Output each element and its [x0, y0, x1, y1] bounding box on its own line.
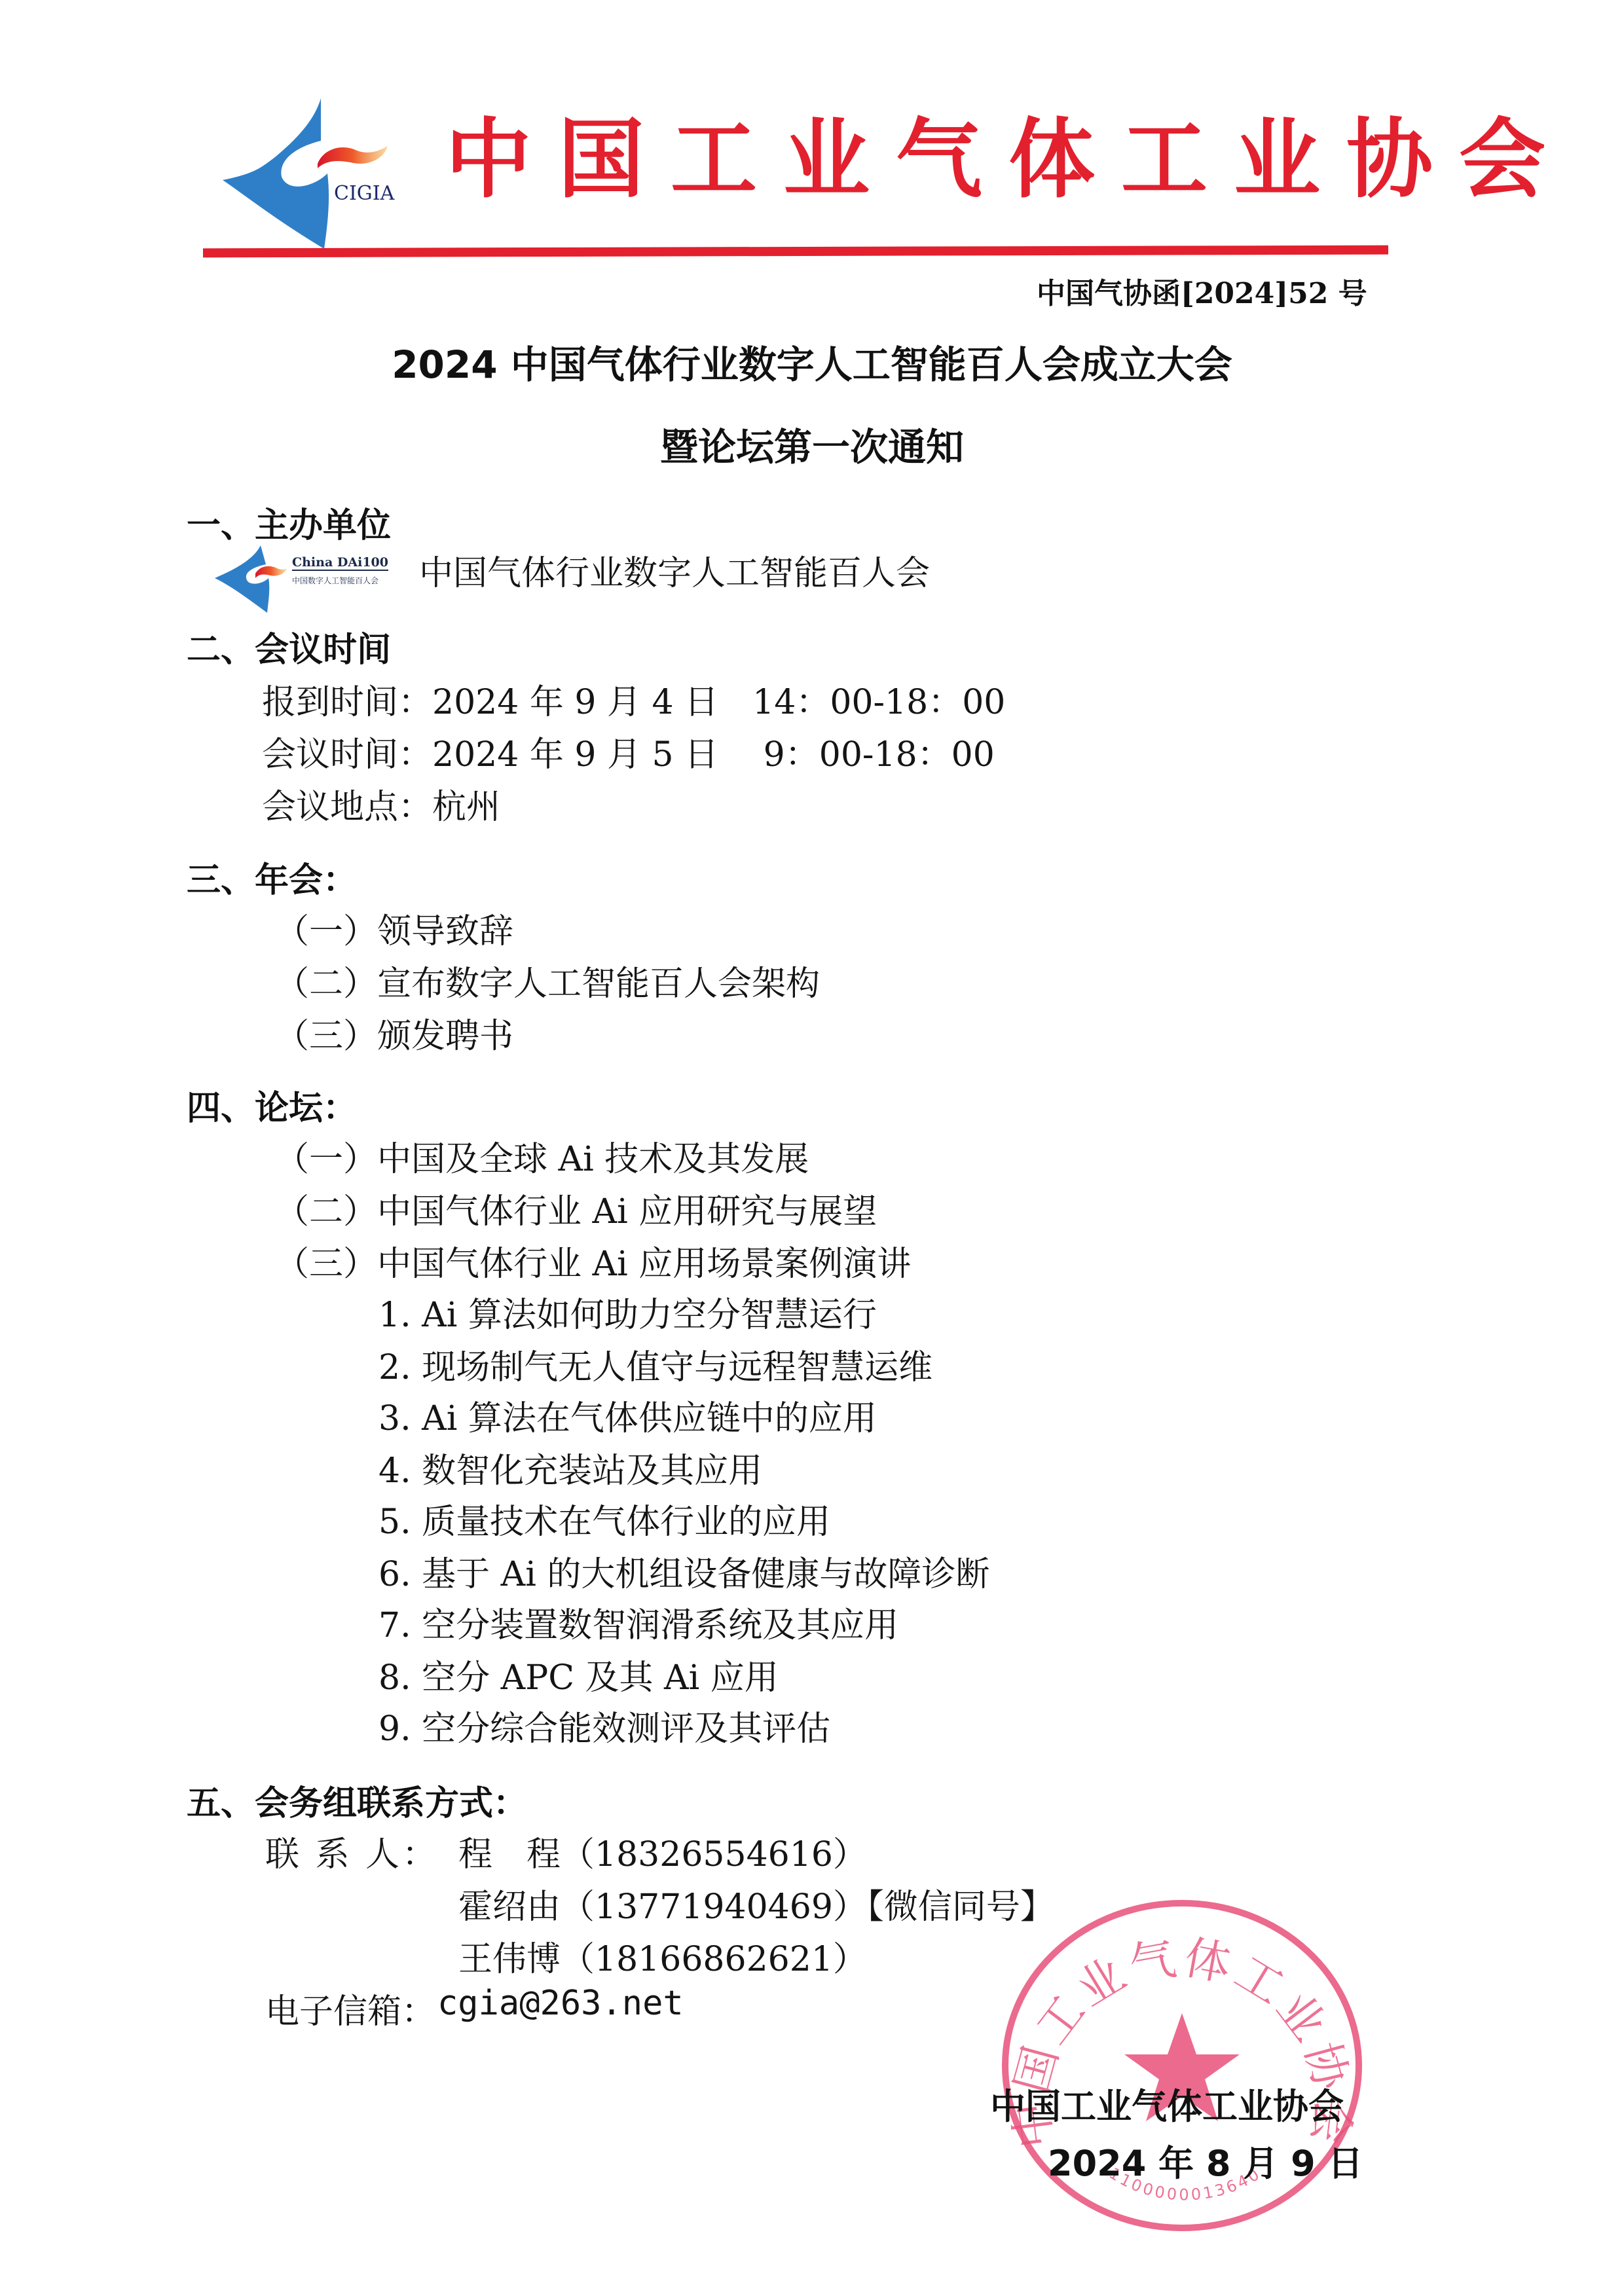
dai100-logo-icon — [208, 542, 287, 614]
case-item: 9. 空分综合能效测评及其评估 — [378, 1701, 830, 1750]
section-heading-annual: 三、年会： — [187, 852, 357, 902]
contact-person: 霍绍由（13771940469）【微信同号】 — [458, 1879, 1054, 1928]
annual-item: （二）宣布数字人工智能百人会架构 — [275, 956, 820, 1005]
section-heading-organizer: 一、主办单位 — [187, 498, 391, 547]
svg-text:CIGIA: CIGIA — [334, 182, 395, 205]
cigia-logo-icon: CIGIA — [216, 95, 399, 252]
section-heading-forum: 四、论坛： — [187, 1080, 357, 1129]
forum-item: （三）中国气体行业 Ai 应用场景案例演讲 — [275, 1236, 911, 1285]
forum-item: （二）中国气体行业 Ai 应用研究与展望 — [275, 1184, 877, 1233]
letterhead: CIGIA 中国工业气体工业协会 — [0, 0, 1624, 262]
section-heading-time: 二、会议时间 — [187, 622, 391, 671]
organizer-name: 中国气体行业数字人工智能百人会 — [419, 545, 930, 594]
case-item: 1. Ai 算法如何助力空分智慧运行 — [378, 1287, 877, 1336]
contact-person: 程 程（18326554616） — [458, 1827, 867, 1876]
dai100-logo-cn: 中国数字人工智能百人会 — [292, 575, 378, 586]
registration-time: 报到时间：2024 年 9 月 4 日 14：00-18：00 — [262, 674, 1005, 723]
contact-label: 联 系 人： — [265, 1827, 439, 1876]
annual-item: （一）领导致辞 — [275, 903, 513, 953]
annual-item: （三）颁发聘书 — [275, 1008, 513, 1057]
meeting-time: 会议时间：2024 年 9 月 5 日 9：00-18：00 — [262, 727, 995, 776]
document-title-line1: 2024 中国气体行业数字人工智能百人会成立大会 — [0, 334, 1624, 389]
signature-date: 2024 年 8 月 9 日 — [1048, 2136, 1363, 2186]
forum-item: （一）中国及全球 Ai 技术及其发展 — [275, 1131, 809, 1180]
email-label: 电子信箱： — [265, 1984, 435, 2033]
document-number: 中国气协函[2024]52 号 — [1037, 270, 1367, 312]
meeting-location: 会议地点：杭州 — [262, 779, 500, 828]
case-item: 4. 数智化充装站及其应用 — [378, 1443, 762, 1492]
org-title: 中国工业气体工业协会 — [445, 117, 1572, 203]
case-item: 3. Ai 算法在气体供应链中的应用 — [378, 1391, 877, 1440]
case-item: 7. 空分装置数智润滑系统及其应用 — [378, 1597, 898, 1647]
section-heading-contact: 五、会务组联系方式： — [187, 1776, 527, 1825]
case-item: 8. 空分 APC 及其 Ai 应用 — [378, 1650, 779, 1699]
document-title-line2: 暨论坛第一次通知 — [0, 416, 1624, 471]
contact-person: 王伟博（18166862621） — [458, 1931, 867, 1980]
case-item: 6. 基于 Ai 的大机组设备健康与故障诊断 — [378, 1546, 989, 1595]
email-link[interactable]: cgia@263.net — [437, 1984, 684, 2023]
signature-org: 中国工业气体工业协会 — [990, 2079, 1344, 2129]
organizer-logo: China DAi100 中国数字人工智能百人会 — [208, 542, 405, 614]
dai100-logo-en: China DAi100 — [292, 555, 388, 571]
case-item: 2. 现场制气无人值守与远程智慧运维 — [378, 1339, 932, 1389]
case-item: 5. 质量技术在气体行业的应用 — [378, 1494, 830, 1543]
